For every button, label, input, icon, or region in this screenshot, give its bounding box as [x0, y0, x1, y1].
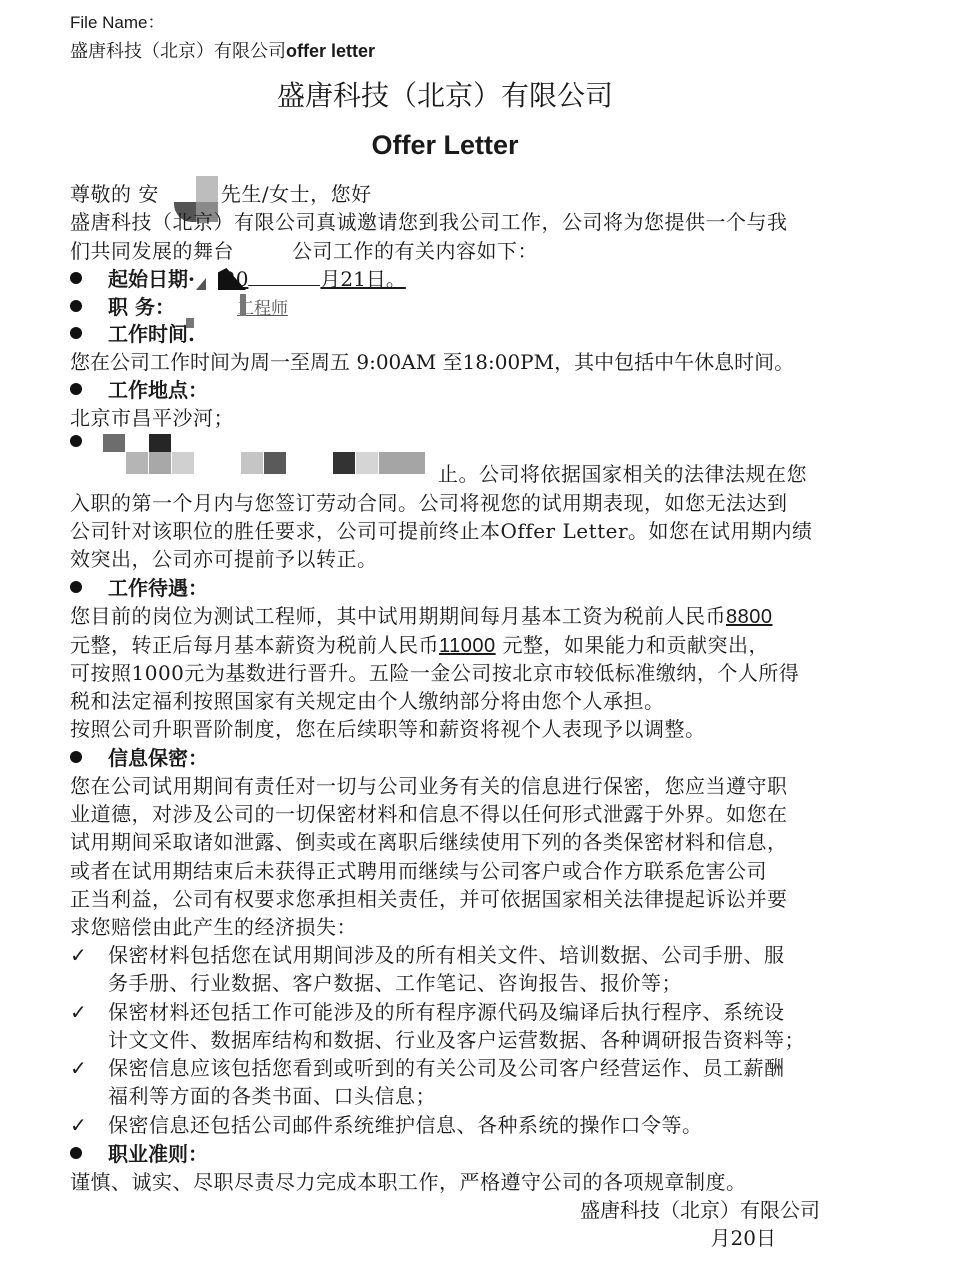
compensation-line-4: 税和法定福利按照国家有关规定由个人缴纳部分将由您个人承担。	[70, 685, 665, 714]
redaction-block	[103, 434, 125, 452]
bullet-icon	[70, 272, 82, 284]
redaction-block	[186, 318, 194, 328]
conduct-row: 职业准则：	[70, 1138, 208, 1167]
check-icon: ✓	[70, 1056, 108, 1080]
redaction-block	[172, 452, 194, 474]
position-row: 职 务：工程师	[70, 291, 288, 320]
check-item: ✓保密信息应该包括您看到或听到的有关公司及公司客户经营运作、员工薪酬	[70, 1052, 785, 1081]
confidentiality-line: 试用期间采取诸如泄露、倒卖或在离职后继续使用下列的各类保密材料和信息，	[70, 826, 788, 855]
confidentiality-line: 求您赔偿由此产生的经济损失：	[70, 911, 357, 940]
check-item: ✓保密信息还包括公司邮件系统维护信息、各种系统的操作口令等。	[70, 1109, 703, 1138]
compensation-text: 您目前的岗位为测试工程师，其中试用期期间每月基本工资为税前人民币	[70, 604, 726, 628]
hours-label: 工作时间.	[108, 322, 195, 346]
check-item-text: 保密信息还包括公司邮件系统维护信息、各种系统的操作口令等。	[108, 1113, 703, 1137]
redaction-block	[356, 452, 378, 474]
check-item-text: 保密信息应该包括您看到或听到的有关公司及公司客户经营运作、员工薪酬	[108, 1056, 785, 1080]
start-date-day: 月21日。	[320, 267, 405, 291]
probation-line-3: 公司针对该职位的胜任要求，公司可提前终止本Offer Letter。如您在试用期…	[70, 515, 813, 544]
probation-line-2: 入职的第一个月内与您签订劳动合同。公司将视您的试用期表现，如您无法达到	[70, 487, 788, 516]
compensation-label: 工作待遇：	[108, 576, 208, 600]
redaction-block	[126, 452, 148, 474]
intro-line-2: 们共同发展的舞台公司工作的有关内容如下：	[70, 235, 538, 264]
redaction-block	[333, 452, 355, 474]
intro-line-2b: 公司工作的有关内容如下：	[292, 239, 538, 263]
conduct-label: 职业准则：	[108, 1142, 208, 1166]
intro-line-2a: 们共同发展的舞台	[70, 239, 234, 263]
location-label: 工作地点：	[108, 378, 208, 402]
compensation-row: 工作待遇：	[70, 572, 208, 601]
location-row: 工作地点：	[70, 374, 208, 403]
bullet-icon	[70, 581, 82, 593]
confidentiality-line: 正当利益，公司有权要求您承担相关责任，并可依据国家相关法律提起诉讼并要	[70, 883, 788, 912]
check-item-text: 保密材料还包括工作可能涉及的所有程序源代码及编译后执行程序、系统设	[108, 1000, 785, 1024]
check-item: ✓保密材料还包括工作可能涉及的所有程序源代码及编译后执行程序、系统设	[70, 996, 785, 1025]
compensation-line-1: 您目前的岗位为测试工程师，其中试用期期间每月基本工资为税前人民币8800	[70, 600, 773, 629]
redaction-block	[149, 434, 171, 452]
confidentiality-row: 信息保密：	[70, 742, 208, 771]
bullet-icon	[70, 300, 82, 312]
greeting: 尊敬的 安先生/女士，您好	[70, 178, 372, 207]
redaction-block	[240, 294, 246, 316]
file-name: 盛唐科技（北京）有限公司offer letter	[70, 37, 375, 63]
probation-line-1: 止。公司将依据国家相关的法律法规在您	[438, 458, 807, 487]
redaction-block	[196, 176, 218, 202]
redaction-block	[241, 452, 263, 474]
regular-salary: 11000	[439, 635, 496, 657]
probation-line-4: 效突出，公司亦可提前予以转正。	[70, 543, 378, 572]
redaction-block	[264, 452, 286, 474]
bullet-icon	[70, 383, 82, 395]
check-icon: ✓	[70, 1113, 108, 1137]
signature-date: 月20日	[711, 1222, 776, 1251]
file-name-label: File Name：	[70, 8, 164, 33]
check-icon: ✓	[70, 1000, 108, 1024]
compensation-line-5: 按照公司升职晋阶制度，您在后续职等和薪资将视个人表现予以调整。	[70, 713, 706, 742]
confidentiality-line: 或者在试用期结束后未获得正式聘用而继续与公司客户或合作方联系危害公司	[70, 855, 767, 884]
bullet-icon	[70, 751, 82, 763]
document-title: Offer Letter	[0, 130, 890, 161]
position-label: 职 务：	[108, 295, 175, 319]
check-item-cont: 计文文件、数据库结构和数据、行业及客户运营数据、各种调研报告资料等；	[108, 1024, 805, 1053]
file-name-en: offer letter	[286, 41, 375, 61]
location-text: 北京市昌平沙河；	[70, 402, 234, 431]
check-item-text: 保密材料包括您在试用期间涉及的所有相关文件、培训数据、公司手册、服	[108, 943, 785, 967]
greeting-suffix: 先生/女士，您好	[221, 182, 372, 206]
hours-text: 您在公司工作时间为周一至周五 9:00AM 至18:00PM，其中包括中午休息时…	[70, 346, 794, 375]
redaction-block	[379, 452, 425, 474]
company-title: 盛唐科技（北京）有限公司	[0, 74, 890, 114]
file-name-cn: 盛唐科技（北京）有限公司	[70, 41, 286, 62]
start-date-label: 起始日期·	[108, 267, 195, 291]
conduct-text: 谨慎、诚实、尽职尽责尽力完成本职工作，严格遵守公司的各项规章制度。	[70, 1166, 747, 1195]
compensation-text: 元整，如果能力和贡献突出，	[496, 633, 769, 657]
confidentiality-line: 业道德，对涉及公司的一切保密材料和信息不得以任何形式泄露于外界。如您在	[70, 798, 788, 827]
compensation-line-2: 元整，转正后每月基本薪资为税前人民币11000 元整，如果能力和贡献突出，	[70, 629, 769, 658]
hours-row: 工作时间.	[70, 318, 195, 347]
confidentiality-label: 信息保密：	[108, 746, 208, 770]
check-icon: ✓	[70, 943, 108, 967]
bullet-icon	[70, 1147, 82, 1159]
probation-salary: 8800	[726, 606, 773, 628]
compensation-line-3: 可按照1000元为基数进行晋升。五险一金公司按北京市较低标准缴纳，个人所得	[70, 657, 799, 686]
signature-company: 盛唐科技（北京）有限公司	[580, 1194, 820, 1223]
redaction-block	[149, 452, 171, 474]
intro-line-1: 盛唐科技（北京）有限公司真诚邀请您到我公司工作，公司将为您提供一个与我	[70, 206, 788, 235]
check-item-cont: 福利等方面的各类书面、口头信息；	[108, 1080, 436, 1109]
confidentiality-line: 您在公司试用期间有责任对一切与公司业务有关的信息进行保密，您应当遵守职	[70, 770, 788, 799]
check-item: ✓保密材料包括您在试用期间涉及的所有相关文件、培训数据、公司手册、服	[70, 939, 785, 968]
bullet-icon	[70, 435, 82, 447]
bullet-icon	[70, 327, 82, 339]
check-item-cont: 务手册、行业数据、客户数据、工作笔记、咨询报告、报价等；	[108, 967, 682, 996]
compensation-text: 元整，转正后每月基本薪资为税前人民币	[70, 633, 439, 657]
